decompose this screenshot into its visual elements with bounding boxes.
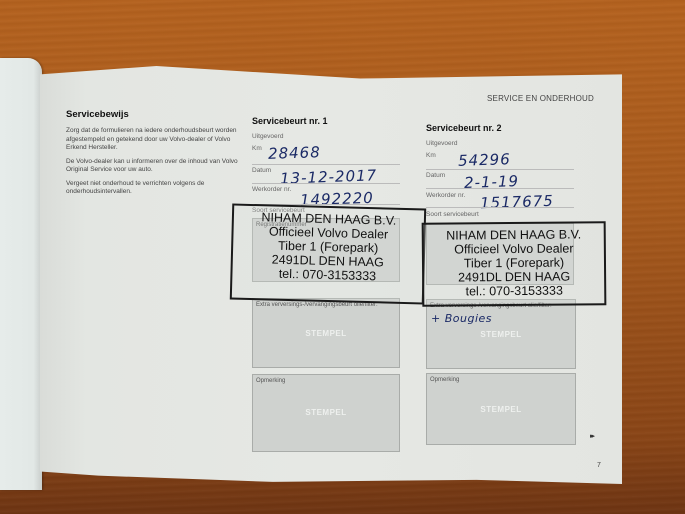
stamp-placeholder: STEMPEL [253, 329, 399, 338]
dealer-stamp-2: NIHAM DEN HAAG B.V. Officieel Volvo Deal… [422, 221, 607, 307]
remark-box: Opmerking STEMPEL [252, 374, 400, 452]
km-value: 28468 [268, 143, 321, 163]
intro-paragraph: Zorg dat de formulieren na iedere onderh… [66, 127, 238, 153]
performed-label: Uitgevoerd [426, 140, 457, 147]
dealer-stamp-1: NIHAM DEN HAAG B.V. Officieel Volvo Deal… [230, 203, 426, 304]
stamp-placeholder: STEMPEL [253, 408, 399, 417]
intro-section: Servicebewijs Zorg dat de formulieren na… [66, 109, 238, 202]
performed-label: Uitgevoerd [252, 133, 283, 140]
stamp-line: Officieel Volvo Dealer [424, 241, 604, 257]
stamp-placeholder: STEMPEL [427, 330, 575, 339]
stamp-line: 2491DL DEN HAAG [424, 269, 604, 285]
intro-paragraph: De Volvo-dealer kan u informeren over de… [66, 158, 238, 175]
extra-service-note: + Bougies [431, 312, 492, 325]
service-2-title: Servicebeurt nr. 2 [426, 123, 586, 133]
intro-paragraph: Vergeet niet onderhoud te verrichten vol… [66, 180, 238, 197]
stamp-line: tel.: 070-3153333 [424, 283, 604, 299]
service-1-title: Servicebeurt nr. 1 [252, 116, 412, 126]
remark-label: Opmerking [256, 378, 285, 384]
date-line [426, 188, 574, 189]
intro-title: Servicebewijs [66, 109, 238, 120]
extra-service-box: Extra verversings-/vervangingsbeurt olie… [252, 298, 400, 368]
date-label: Datum [252, 167, 271, 174]
stamp-placeholder: STEMPEL [427, 405, 575, 414]
section-header: SERVICE EN ONDERHOUD [487, 94, 594, 103]
date-label: Datum [426, 172, 445, 179]
date-line [252, 183, 400, 184]
workorder-label: Werkorder nr. [252, 186, 291, 193]
workorder-value: 1517675 [480, 192, 554, 213]
km-line [252, 164, 400, 165]
date-value: 13-12-2017 [280, 166, 378, 187]
remark-label: Opmerking [430, 377, 459, 383]
left-page-edge [0, 58, 42, 490]
extra-service-label: Extra verversings-/vervangingsbeurt olie… [256, 302, 378, 308]
stamp-line: Tiber 1 (Forepark) [424, 255, 604, 271]
remark-box: Opmerking STEMPEL [426, 373, 576, 445]
next-page-arrow-icon: ▸▸ [590, 432, 593, 440]
km-label: Km [252, 145, 262, 152]
type-label: Soort servicebeurt [426, 211, 479, 218]
km-label: Km [426, 152, 436, 159]
km-value: 54296 [458, 150, 511, 170]
workorder-label: Werkorder nr. [426, 192, 465, 199]
km-line [426, 169, 574, 170]
stamp-line: NIHAM DEN HAAG B.V. [424, 227, 604, 243]
extra-service-box: Extra verversings-/vervangingsbeurt olie… [426, 299, 576, 369]
workorder-line [426, 207, 574, 208]
page-number: 7 [597, 462, 601, 469]
